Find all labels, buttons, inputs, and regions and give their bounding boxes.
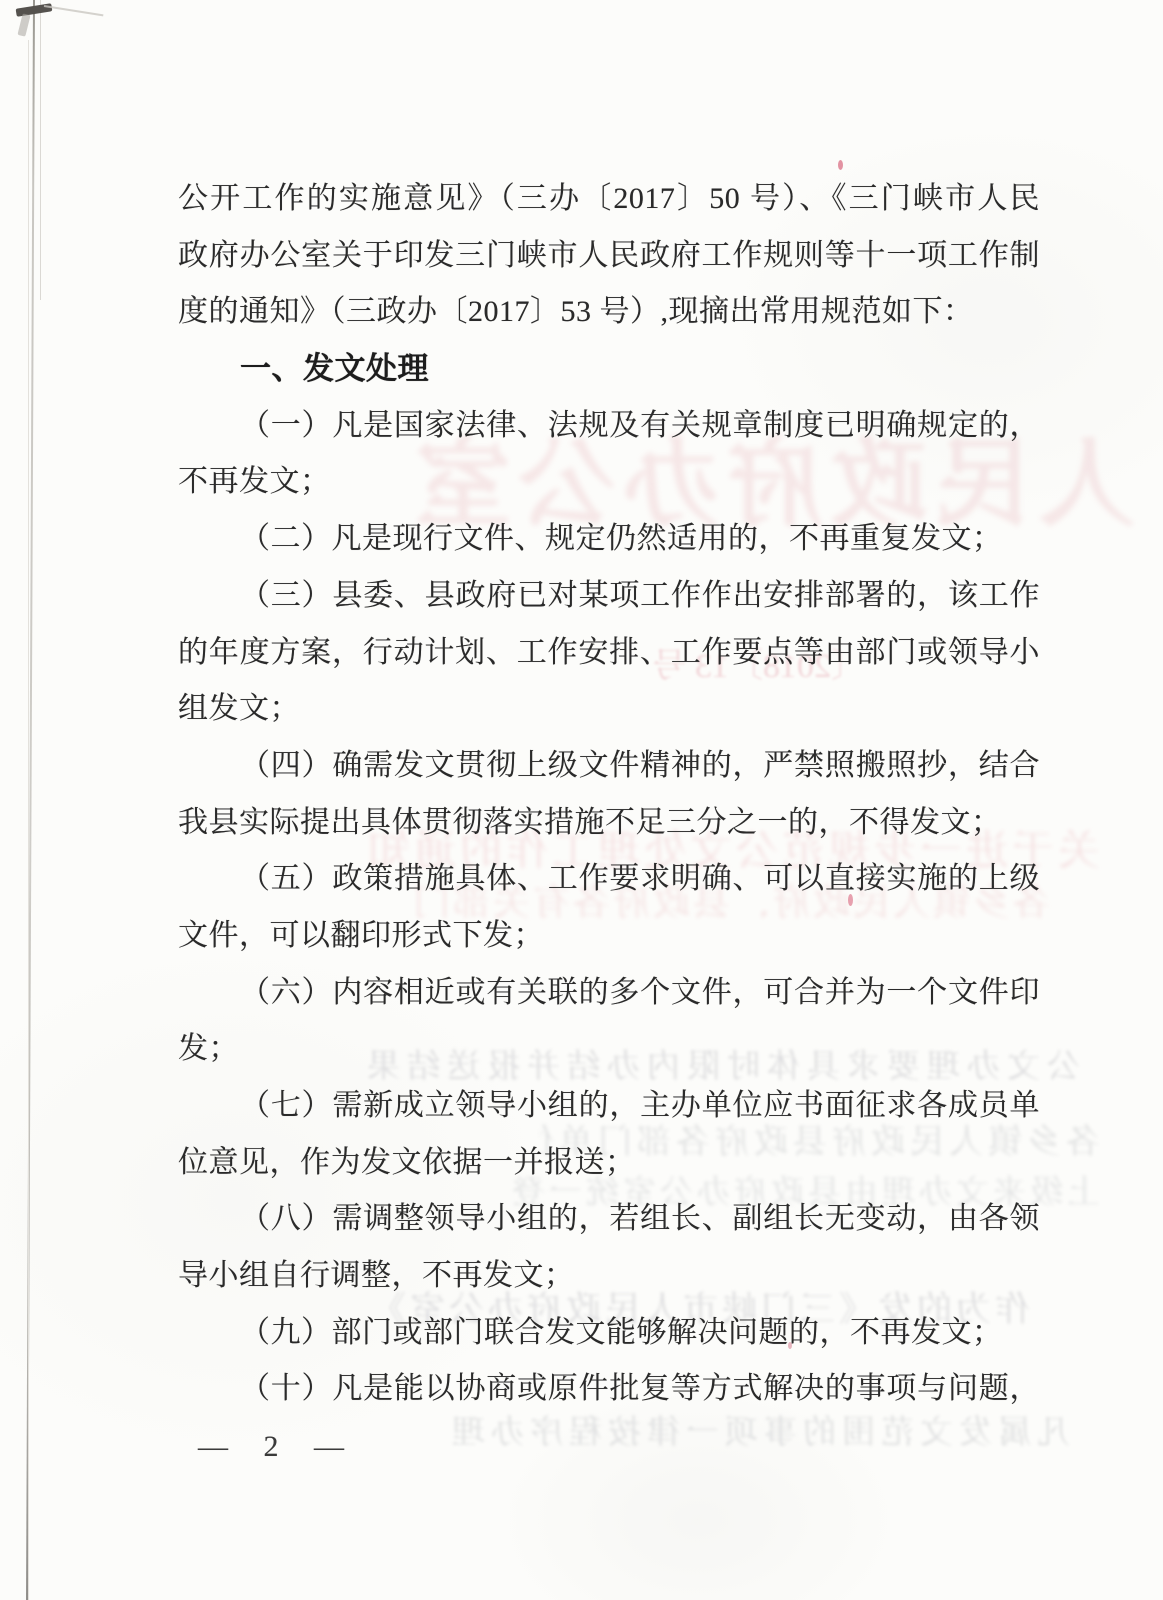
document-line: 我县实际提出具体贯彻落实措施不足三分之一的，不得发文； — [178, 795, 1040, 852]
document-line: （一）凡是国家法律、法规及有关规章制度已明确规定的， — [178, 398, 1040, 455]
document-line: （八）需调整领导小组的，若组长、副组长无变动，由各领 — [178, 1191, 1040, 1248]
document-line: 组发文； — [178, 681, 1040, 738]
document-line: （十）凡是能以协商或原件批复等方式解决的事项与问题， — [178, 1361, 1040, 1418]
ink-speck — [838, 160, 843, 170]
document-line: 的年度方案，行动计划、工作安排、工作要点等由部门或领导小 — [178, 625, 1040, 682]
document-line: 公开工作的实施意见》（三办〔2017〕50 号）、《三门峡市人民 — [178, 171, 1040, 228]
scanned-page: 人民政府办公室 〔2018〕13 号 关于进一步规范公文处理工作的通知 各乡镇人… — [0, 0, 1163, 1600]
scan-artifact-mark — [17, 13, 30, 36]
page-number: — 2 — — [198, 1430, 378, 1464]
document-line: 度的通知》（三政办〔2017〕53 号）,现摘出常用规范如下： — [178, 284, 1040, 341]
document-line: （六）内容相近或有关联的多个文件，可合并为一个文件印 — [178, 965, 1040, 1022]
document-line: （三）县委、县政府已对某项工作作出安排部署的，该工作 — [178, 568, 1040, 625]
document-line: 文件，可以翻印形式下发； — [178, 908, 1040, 965]
document-line: 导小组自行调整，不再发文； — [178, 1248, 1040, 1305]
page-edge-line — [40, 0, 41, 300]
document-line: （七）需新成立领导小组的，主办单位应书面征求各成员单 — [178, 1078, 1040, 1135]
document-line: （九）部门或部门联合发文能够解决问题的，不再发文； — [178, 1305, 1040, 1362]
document-body: 公开工作的实施意见》（三办〔2017〕50 号）、《三门峡市人民政府办公室关于印… — [178, 171, 1040, 1418]
document-line: 位意见，作为发文依据一并报送； — [178, 1135, 1040, 1192]
document-line: 不再发文； — [178, 454, 1040, 511]
document-line: （二）凡是现行文件、规定仍然适用的，不再重复发文； — [178, 511, 1040, 568]
document-line: 政府办公室关于印发三门峡市人民政府工作规则等十一项工作制 — [178, 228, 1040, 285]
document-line: 一、发文处理 — [178, 341, 1040, 398]
document-line: （四）确需发文贯彻上级文件精神的，严禁照搬照抄，结合 — [178, 738, 1040, 795]
scan-artifact-mark — [44, 5, 104, 16]
page-edge-line — [28, 40, 29, 1600]
document-line: 发； — [178, 1021, 1040, 1078]
document-line: （五）政策措施具体、工作要求明确、可以直接实施的上级 — [178, 851, 1040, 908]
